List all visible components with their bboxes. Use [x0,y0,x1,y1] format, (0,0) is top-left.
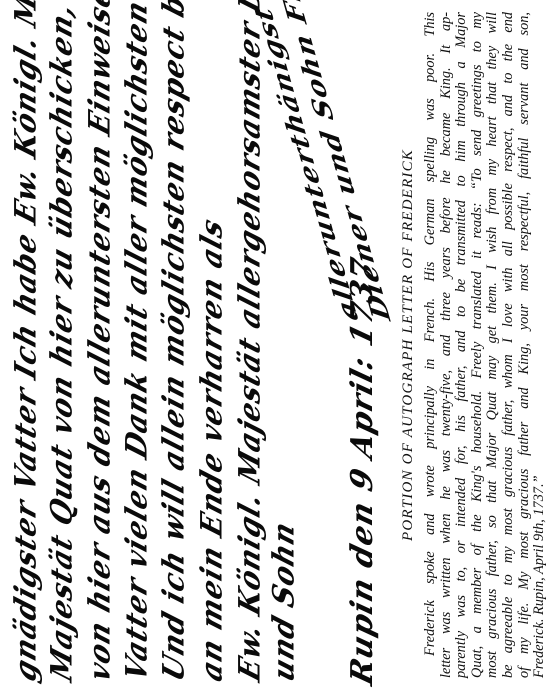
signature: allerunterthänigst getreuster Diener und… [300,0,395,320]
letter-line: Und ich will allein möglichsten respect … [159,0,188,685]
letter-line: von hier aus dem alleruntersten Einweise… [85,0,114,685]
handwritten-letter: gnädigster Vatter Ich habe Ew. Königl. M… [8,0,308,680]
letter-line: Vatter vielen Dank mit aller möglichsten [122,0,151,685]
caption-title: PORTION OF AUTOGRAPH LETTER OF FREDERICK [400,0,417,690]
caption-line: be agreeable to my most gracious father,… [501,12,517,678]
caption-body: Frederick spoke and wrote principally in… [423,12,548,678]
letter-line: an mein Ende verharren als [197,215,226,685]
caption-line: Frederick spoke and wrote principally in… [423,12,439,678]
document-page: gnädigster Vatter Ich habe Ew. Königl. M… [0,0,553,690]
caption-line: letter was written when he was twenty-fi… [439,12,455,678]
caption-line: most gracious father, so that Major Quat… [485,12,501,678]
caption-line: Quat, a member of the King's household. … [470,12,486,678]
caption-line: parently was to, or intended for, his fa… [454,12,470,678]
letter-line: gnädigster Vatter Ich habe Ew. Königl. M… [11,0,40,685]
letter-line: Majestät Quat von hier zu überschicken, … [47,0,76,685]
caption-line: of my life. My most gracious father and … [517,12,533,678]
letter-line: Ew. Königl. Majestät allergehorsamster D… [235,0,264,685]
caption-line: Frederick. Rupin, April 9th, 1737.” [532,12,548,678]
letter-line: und Sohn [269,518,298,685]
